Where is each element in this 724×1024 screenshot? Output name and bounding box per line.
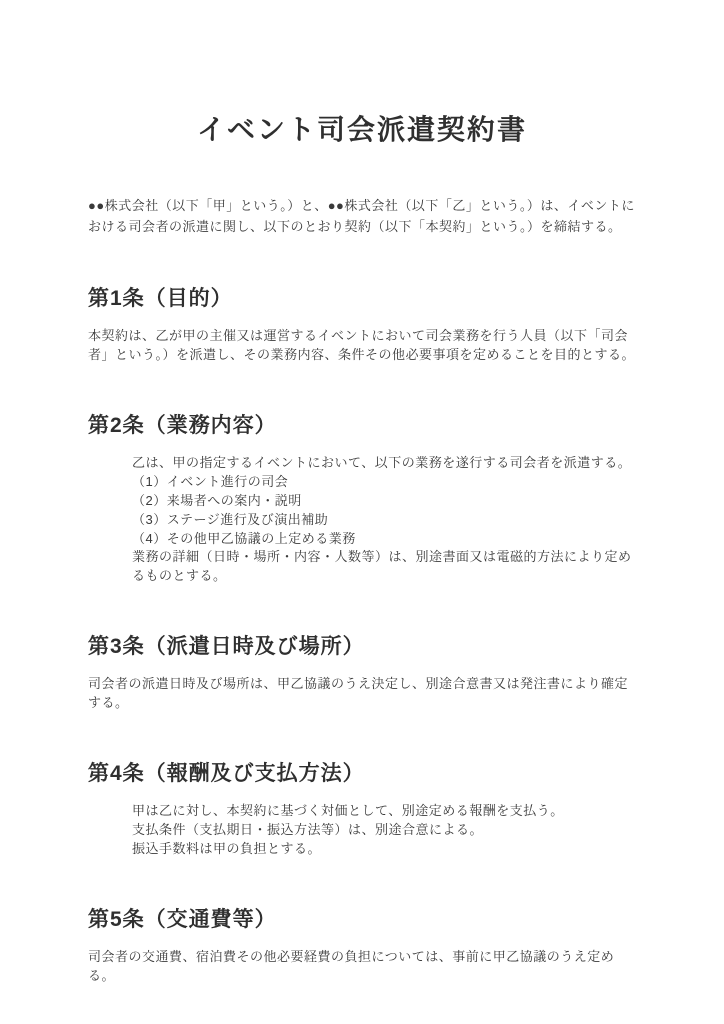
intro-paragraph: ●●株式会社（以下「甲」という。）と、●●株式会社（以下「乙」という。）は、イベ… [88, 196, 636, 238]
article-5-body: 司会者の交通費、宿泊費その他必要経費の負担については、事前に甲乙協議のうえ定める… [88, 948, 636, 986]
document-title: イベント司会派遣契約書 [88, 112, 636, 148]
article-2-list-item-3: （3）ステージ進行及び演出補助 [132, 511, 636, 530]
article-4: 第4条（報酬及び支払方法） 甲は乙に対し、本契約に基づく対価として、別途定める報… [88, 760, 636, 859]
article-4-paragraph-2: 支払条件（支払期日・振込方法等）は、別途合意による。 [132, 821, 636, 840]
article-4-heading: 第4条（報酬及び支払方法） [88, 760, 636, 787]
article-2-list-item-1: （1）イベント進行の司会 [132, 473, 636, 492]
article-5-paragraph: 司会者の交通費、宿泊費その他必要経費の負担については、事前に甲乙協議のうえ定める… [88, 948, 636, 986]
article-4-body: 甲は乙に対し、本契約に基づく対価として、別途定める報酬を支払う。 支払条件（支払… [132, 802, 636, 859]
article-2-detail-paragraph: 業務の詳細（日時・場所・内容・人数等）は、別途書面又は電磁的方法により定めるもの… [132, 548, 636, 586]
article-5-heading: 第5条（交通費等） [88, 906, 636, 933]
article-2-lead-paragraph: 乙は、甲の指定するイベントにおいて、以下の業務を遂行する司会者を派遣する。 [132, 454, 636, 473]
article-3-paragraph: 司会者の派遣日時及び場所は、甲乙協議のうえ決定し、別途合意書又は発注書により確定… [88, 675, 636, 713]
article-1-paragraph: 本契約は、乙が甲の主催又は運営するイベントにおいて司会業務を行う人員（以下「司会… [88, 327, 636, 365]
article-2-body: 乙は、甲の指定するイベントにおいて、以下の業務を遂行する司会者を派遣する。 （1… [132, 454, 636, 586]
article-4-paragraph-1: 甲は乙に対し、本契約に基づく対価として、別途定める報酬を支払う。 [132, 802, 636, 821]
article-5: 第5条（交通費等） 司会者の交通費、宿泊費その他必要経費の負担については、事前に… [88, 906, 636, 986]
article-2-heading: 第2条（業務内容） [88, 412, 636, 439]
article-3-body: 司会者の派遣日時及び場所は、甲乙協議のうえ決定し、別途合意書又は発注書により確定… [88, 675, 636, 713]
article-2-list-item-2: （2）来場者への案内・説明 [132, 492, 636, 511]
contract-document-page: イベント司会派遣契約書 ●●株式会社（以下「甲」という。）と、●●株式会社（以下… [0, 0, 724, 1024]
article-4-paragraph-3: 振込手数料は甲の負担とする。 [132, 840, 636, 859]
article-3-heading: 第3条（派遣日時及び場所） [88, 633, 636, 660]
article-1-body: 本契約は、乙が甲の主催又は運営するイベントにおいて司会業務を行う人員（以下「司会… [88, 327, 636, 365]
article-1: 第1条（目的） 本契約は、乙が甲の主催又は運営するイベントにおいて司会業務を行う… [88, 285, 636, 365]
article-3: 第3条（派遣日時及び場所） 司会者の派遣日時及び場所は、甲乙協議のうえ決定し、別… [88, 633, 636, 713]
article-1-heading: 第1条（目的） [88, 285, 636, 312]
article-2: 第2条（業務内容） 乙は、甲の指定するイベントにおいて、以下の業務を遂行する司会… [88, 412, 636, 586]
article-2-list-item-4: （4）その他甲乙協議の上定める業務 [132, 530, 636, 549]
